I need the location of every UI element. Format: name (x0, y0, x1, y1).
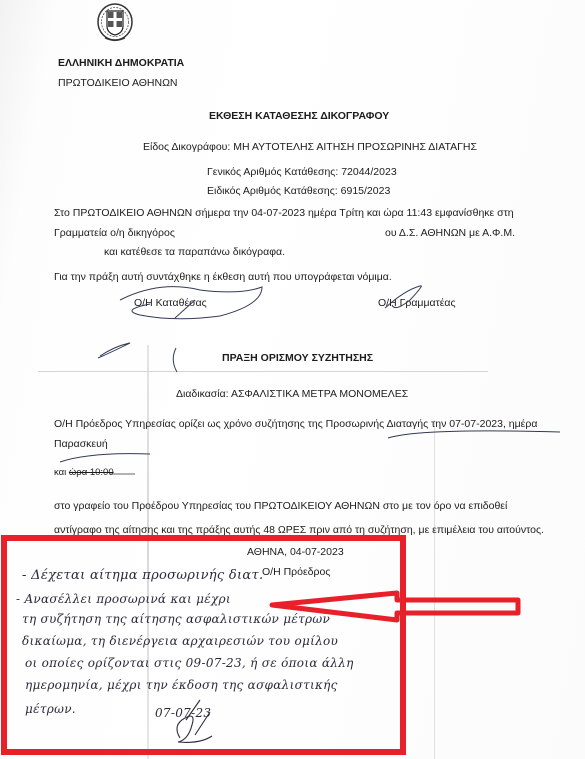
hearing-act-title: ΠΡΑΞΗ ΟΡΙΣΜΟΥ ΣΥΖΗΤΗΣΗΣ (222, 352, 373, 364)
handwritten-line-2: - Ανασέλλει προσωρινά και μέχρι (16, 593, 231, 605)
clerk-signature-label: Ο/Η Γραμματέας (378, 297, 456, 309)
handwritten-line-6: ημερομηνία, μέχρι την έκδοση της ασφαλισ… (25, 679, 338, 691)
republic-heading: ΕΛΛΗΝΙΚΗ ΔΗΜΟΚΡΑΤΙΑ (58, 57, 184, 69)
general-number-label: Γενικός Αριθμός Κατάθεσης: (207, 166, 338, 178)
paper-fold-line (147, 345, 149, 759)
handwritten-date: 07-07-23 (155, 707, 211, 719)
doc-type-label: Είδος Δικογράφου: (143, 141, 230, 153)
procedure-row: Διαδικασία: ΑΣΦΑΛΙΣΤΙΚΑ ΜΕΤΡΑ ΜΟΝΟΜΕΛΕΣ (176, 388, 408, 400)
president-label: Ο/Η Πρόεδρος (262, 566, 330, 578)
place-date: ΑΘΗΝΑ, 04-07-2023 (247, 546, 344, 558)
text-span: αντίγραφο της αίτησης και της πράξης αυτ… (54, 524, 263, 536)
handwritten-line-1: - Δέχεται αίτημα προσωρινής διατ. (22, 570, 263, 582)
filing-paragraph-2: Για την πράξη αυτή συντάχθηκε η έκθεση α… (54, 271, 392, 283)
hearing-paragraph-line-1: Ο/Η Πρόεδρος Υπηρεσίας ορίζει ως χρόνο σ… (54, 418, 537, 430)
filing-paragraph-line-2a: Γραμματεία ο/η δικηγόρος (54, 227, 175, 239)
depositor-signature-label: Ο/Η Καταθέσας (134, 297, 207, 309)
general-number-value: 72044/2023 (341, 166, 396, 178)
section-divider (38, 371, 488, 372)
special-number-value: 6915/2023 (341, 185, 391, 197)
special-number-row: Ειδικός Αριθμός Κατάθεσης: 6915/2023 (207, 185, 390, 197)
hearing-paragraph-line-2: Παρασκευή (54, 438, 108, 450)
general-number-row: Γενικός Αριθμός Κατάθεσης: 72044/2023 (207, 166, 397, 178)
handwritten-line-3: τη συζήτηση της αίτησης ασφαλιστικών μέτ… (22, 613, 330, 625)
doc-type-row: Είδος Δικογράφου: ΜΗ ΑΥΤΟΤΕΛΗΣ ΑΙΤΗΣΗ ΠΡ… (143, 141, 477, 153)
paper-fold-line (434, 420, 435, 759)
doc-type-value: ΜΗ ΑΥΤΟΤΕΛΗΣ ΑΙΤΗΣΗ ΠΡΟΣΩΡΙΝΗΣ ΔΙΑΤΑΓΗΣ (233, 141, 477, 153)
handwritten-line-4: δικαίωμα, τη διενέργεια αρχαιρεσιών του … (22, 635, 338, 647)
procedure-label: Διαδικασία: (176, 388, 229, 400)
greek-coat-of-arms-icon (95, 2, 135, 44)
filing-paragraph-line-2b: ου Δ.Σ. ΑΘΗΝΩΝ με Α.Φ.Μ. (385, 227, 515, 239)
filing-report-title: ΕΚΘΕΣΗ ΚΑΤΑΘΕΣΗΣ ΔΙΚΟΓΡΑΦΟΥ (209, 110, 389, 122)
court-name: ΠΡΩΤΟΔΙΚΕΙΟ ΑΘΗΝΩΝ (58, 77, 178, 89)
court-document-page: ΕΛΛΗΝΙΚΗ ΔΗΜΟΚΡΑΤΙΑ ΠΡΩΤΟΔΙΚΕΙΟ ΑΘΗΝΩΝ Ε… (0, 0, 585, 759)
hearing-time-row: και ώρα 10:00 (54, 467, 114, 479)
text-span: πριν από τη συζήτηση, με επιμέλεια του α… (306, 524, 544, 536)
notice-period: 48 ΩΡΕΣ (263, 524, 306, 537)
handwritten-line-7: μέτρων. (25, 703, 76, 715)
time-prefix: και (54, 467, 66, 478)
special-number-label: Ειδικός Αριθμός Κατάθεσης: (207, 185, 338, 197)
filing-paragraph-line-3: και κατέθεσε τα παραπάνω δικόγραφα. (104, 246, 285, 258)
procedure-value: ΑΣΦΑΛΙΣΤΙΚΑ ΜΕΤΡΑ ΜΟΝΟΜΕΛΕΣ (231, 388, 408, 400)
handwritten-line-5: οι οποίες ορίζονται στις 09-07-23, ή σε … (25, 657, 354, 669)
hearing-paragraph-2-line-2: αντίγραφο της αίτησης και της πράξης αυτ… (54, 524, 544, 536)
filing-paragraph-line-1: Στο ΠΡΩΤΟΔΙΚΕΙΟ ΑΘΗΝΩΝ σήμερα την 04-07-… (54, 207, 514, 219)
hearing-paragraph-2-line-1: στο γραφείο του Προέδρου Υπηρεσίας του Π… (54, 500, 507, 512)
struck-time: ώρα 10:00 (69, 467, 114, 478)
